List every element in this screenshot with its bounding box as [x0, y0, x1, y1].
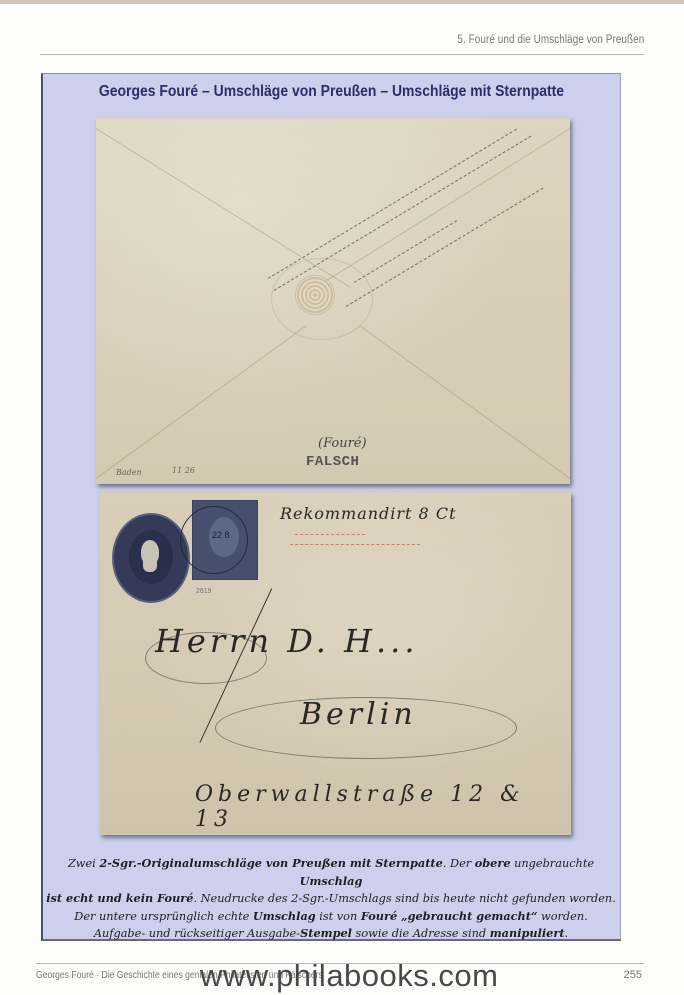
postmark [180, 506, 248, 574]
pencil-note-left: Baden [116, 468, 142, 477]
annotation-foure: (Fouré) [318, 436, 367, 451]
page-number: 255 [624, 969, 642, 981]
header-rule [40, 54, 644, 55]
running-head: 5. Fouré und die Umschläge von Preußen [457, 34, 644, 46]
falsch-handstamp: FALSCH [306, 454, 359, 470]
watermark-link[interactable]: www.philabooks.com [200, 958, 498, 994]
pencil-note-right: 11 26 [172, 466, 195, 475]
panel-title: Georges Fouré – Umschläge von Preußen – … [72, 83, 591, 101]
envelope-front-image: 22 8 2619 Rekommandirt 8 Ct Herrn D. H..… [100, 492, 571, 835]
embossed-seal [296, 276, 334, 314]
envelope-back-image: (Fouré) FALSCH Baden 11 26 [96, 118, 570, 484]
figure-caption: Zwei 2-Sgr.-Originalumschläge von Preuße… [41, 855, 621, 943]
caption-line-1: Zwei 2-Sgr.-Originalumschläge von Preuße… [41, 855, 621, 890]
caption-line-2: ist echt und kein Fouré. Neudrucke des 2… [41, 890, 621, 908]
scan-edge [0, 0, 684, 4]
caption-line-4: Aufgabe- und rückseitiger Ausgabe-Stempe… [41, 925, 621, 943]
registration-note: Rekommandirt 8 Ct [280, 504, 457, 523]
postmark-date: 22 8 [212, 530, 230, 540]
embossed-indicium [112, 513, 190, 603]
caption-line-3: Der untere ursprünglich echte Umschlag i… [41, 908, 621, 926]
stamp-note: 2619 [196, 588, 212, 595]
address-street: Oberwallstraße 12 & 13 [195, 782, 571, 832]
